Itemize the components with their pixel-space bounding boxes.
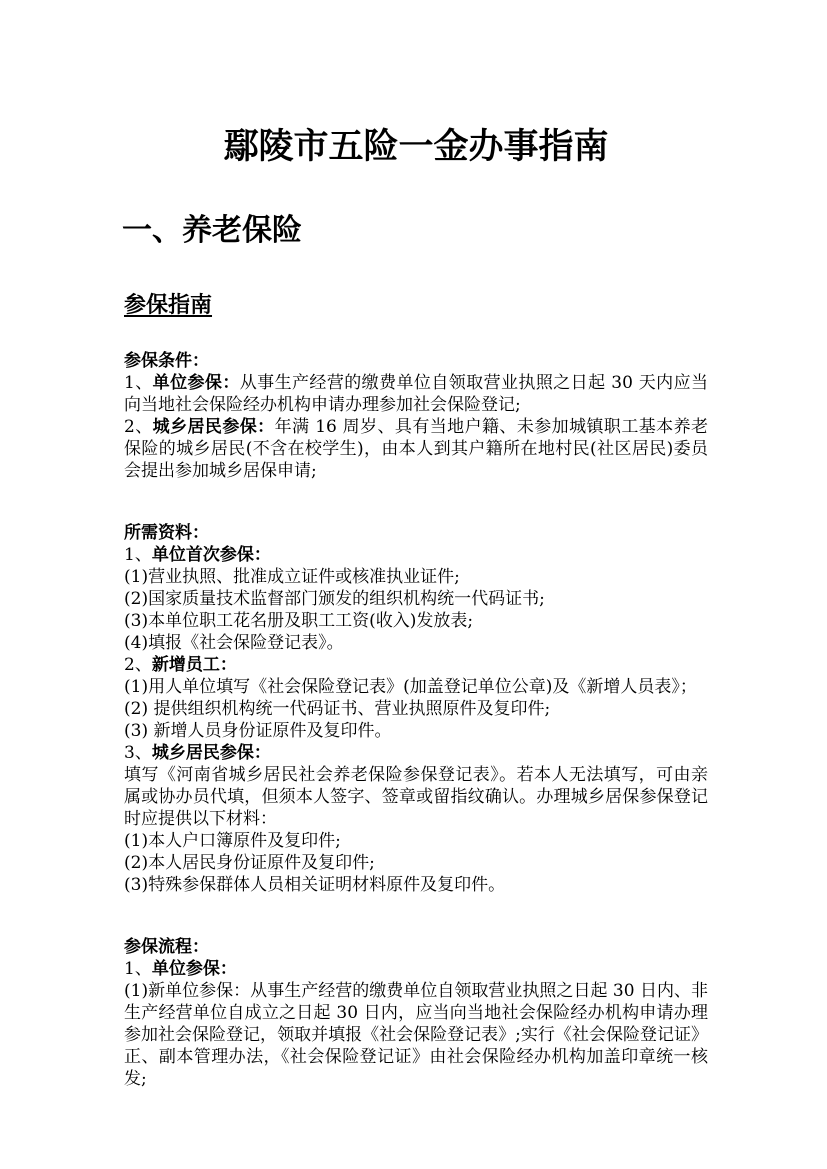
text-run: (1)本人户口簿原件及复印件; xyxy=(124,831,341,851)
paragraph: (4)填报《社会保险登记表》。 xyxy=(124,632,708,654)
text-run: (1)新单位参保：从事生产经营的缴费单位自领取营业执照之日起 30 日内、非生产… xyxy=(124,981,708,1089)
text-run: (3)特殊参保群体人员相关证明材料原件及复印件。 xyxy=(124,875,505,895)
paragraph: 所需资料： xyxy=(124,522,708,544)
text-run: 1、 xyxy=(124,545,152,565)
text-run: (4)填报《社会保险登记表》。 xyxy=(124,633,344,653)
paragraph: (1)本人户口簿原件及复印件; xyxy=(124,830,708,852)
document-title: 鄢陵市五险一金办事指南 xyxy=(124,124,708,170)
bold-text-run: 单位参保： xyxy=(153,373,240,393)
text-run: 2、 xyxy=(124,655,152,675)
text-run: (2) 提供组织机构统一代码证书、营业执照原件及复印件; xyxy=(124,699,550,719)
paragraph: (1)营业执照、批准成立证件或核准执业证件; xyxy=(124,566,708,588)
bold-text-run: 城乡居民参保： xyxy=(152,743,271,763)
section-heading-pension-insurance: 一、养老保险 xyxy=(122,211,302,250)
paragraph: (3)特殊参保群体人员相关证明材料原件及复印件。 xyxy=(124,874,708,896)
paragraph: 2、城乡居民参保：年满 16 周岁、具有当地户籍、未参加城镇职工基本养老保险的城… xyxy=(124,416,708,482)
text-run: (2)国家质量技术监督部门颁发的组织机构统一代码证书; xyxy=(124,589,545,609)
document-page: 鄢陵市五险一金办事指南 一、养老保险 参保指南 参保条件：1、单位参保：从事生产… xyxy=(0,0,827,1169)
text-run: 2、 xyxy=(124,417,153,437)
text-run: 1、 xyxy=(124,373,153,393)
paragraph: 1、单位参保：从事生产经营的缴费单位自领取营业执照之日起 30 天内应当向当地社… xyxy=(124,372,708,416)
paragraph: (2)本人居民身份证原件及复印件; xyxy=(124,852,708,874)
paragraph: (3) 新增人员身份证原件及复印件。 xyxy=(124,720,708,742)
text-run: (1)营业执照、批准成立证件或核准执业证件; xyxy=(124,567,460,587)
bold-text-run: 新增员工： xyxy=(152,655,237,675)
paragraph: 填写《河南省城乡居民社会养老保险参保登记表》。若本人无法填写，可由亲属或协办员代… xyxy=(124,764,708,830)
paragraph: 1、单位参保： xyxy=(124,958,708,980)
text-run: (1)用人单位填写《社会保险登记表》(加盖登记单位公章)及《新增人员表》； xyxy=(124,677,697,697)
paragraph: 参保条件： xyxy=(124,350,708,372)
paragraph: (2)国家质量技术监督部门颁发的组织机构统一代码证书; xyxy=(124,588,708,610)
bold-text-run: 单位首次参保： xyxy=(152,545,271,565)
subsection-heading-enrollment-guide: 参保指南 xyxy=(124,291,212,320)
paragraph: 3、城乡居民参保： xyxy=(124,742,708,764)
paragraph: 1、单位首次参保： xyxy=(124,544,708,566)
bold-text-run: 参保流程： xyxy=(124,937,209,957)
paragraph: (1)新单位参保：从事生产经营的缴费单位自领取营业执照之日起 30 日内、非生产… xyxy=(124,980,708,1090)
paragraph: 2、新增员工： xyxy=(124,654,708,676)
bold-text-run: 城乡居民参保： xyxy=(153,417,275,437)
text-run: 3、 xyxy=(124,743,152,763)
paragraph: (1)用人单位填写《社会保险登记表》(加盖登记单位公章)及《新增人员表》； xyxy=(124,676,708,698)
paragraph: (3)本单位职工花名册及职工工资(收入)发放表; xyxy=(124,610,708,632)
text-run: (2)本人居民身份证原件及复印件; xyxy=(124,853,375,873)
bold-text-run: 所需资料： xyxy=(124,523,209,543)
paragraph: 参保流程： xyxy=(124,936,708,958)
text-run: 1、 xyxy=(124,959,152,979)
text-run: 填写《河南省城乡居民社会养老保险参保登记表》。若本人无法填写，可由亲属或协办员代… xyxy=(124,765,708,829)
enrollment-process-block: 参保流程：1、单位参保：(1)新单位参保：从事生产经营的缴费单位自领取营业执照之… xyxy=(124,936,708,1090)
text-run: (3) 新增人员身份证原件及复印件。 xyxy=(124,721,391,741)
text-run: (3)本单位职工花名册及职工工资(收入)发放表; xyxy=(124,611,473,631)
bold-text-run: 单位参保： xyxy=(152,959,237,979)
required-materials-block: 所需资料：1、单位首次参保：(1)营业执照、批准成立证件或核准执业证件;(2)国… xyxy=(124,522,708,896)
paragraph: (2) 提供组织机构统一代码证书、营业执照原件及复印件; xyxy=(124,698,708,720)
enrollment-conditions-block: 参保条件：1、单位参保：从事生产经营的缴费单位自领取营业执照之日起 30 天内应… xyxy=(124,350,708,482)
bold-text-run: 参保条件： xyxy=(124,351,209,371)
